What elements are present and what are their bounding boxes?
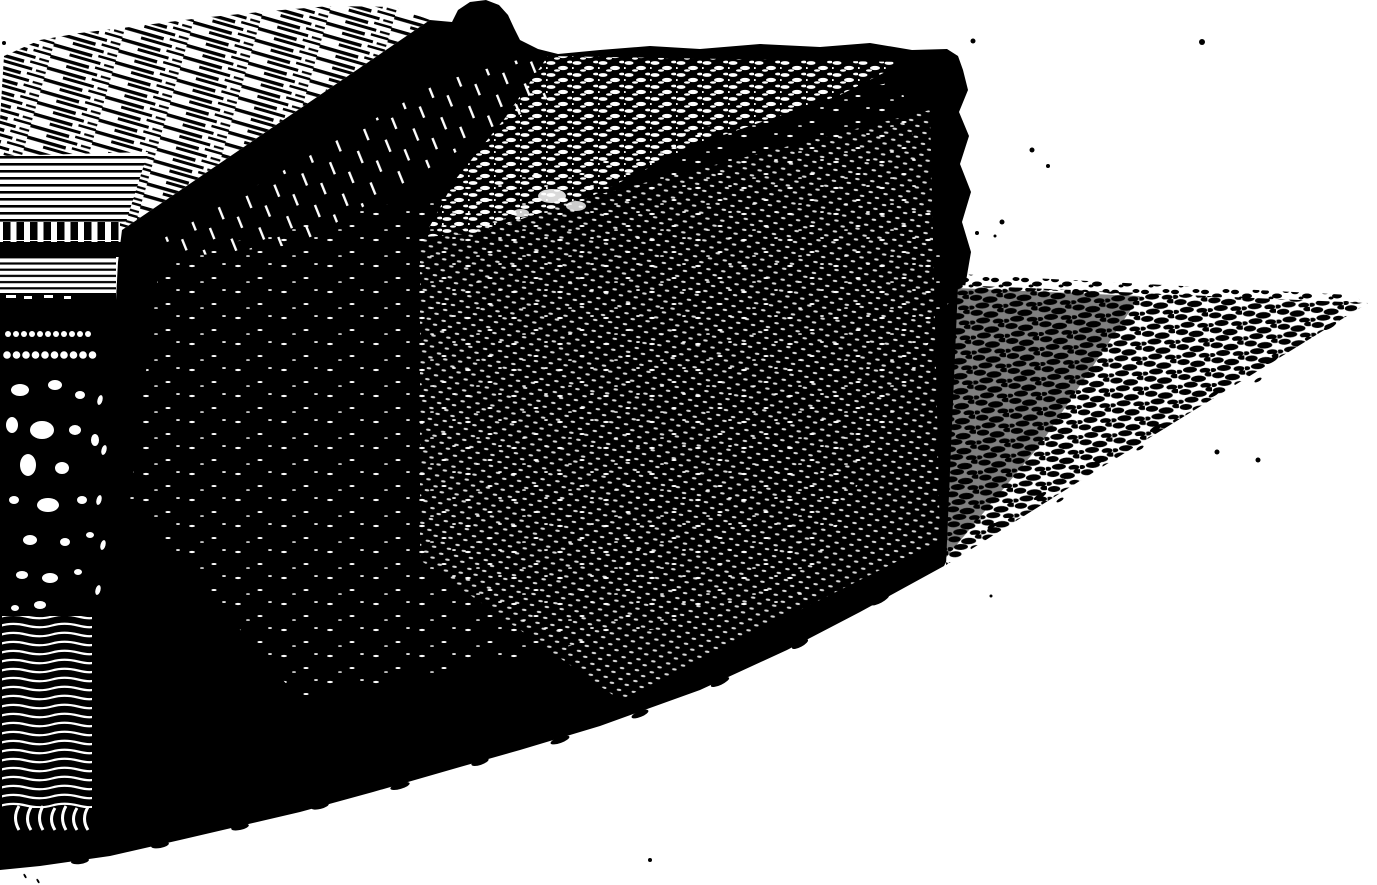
dentil-row [0, 222, 120, 242]
engraving-canvas [0, 0, 1377, 885]
moulding-stripes-upper [0, 152, 148, 222]
bead-row-1 [5, 331, 91, 337]
ripple-moulding [2, 616, 92, 808]
engraving-figure [0, 0, 1377, 885]
moulding-stripes-lower [0, 257, 116, 295]
